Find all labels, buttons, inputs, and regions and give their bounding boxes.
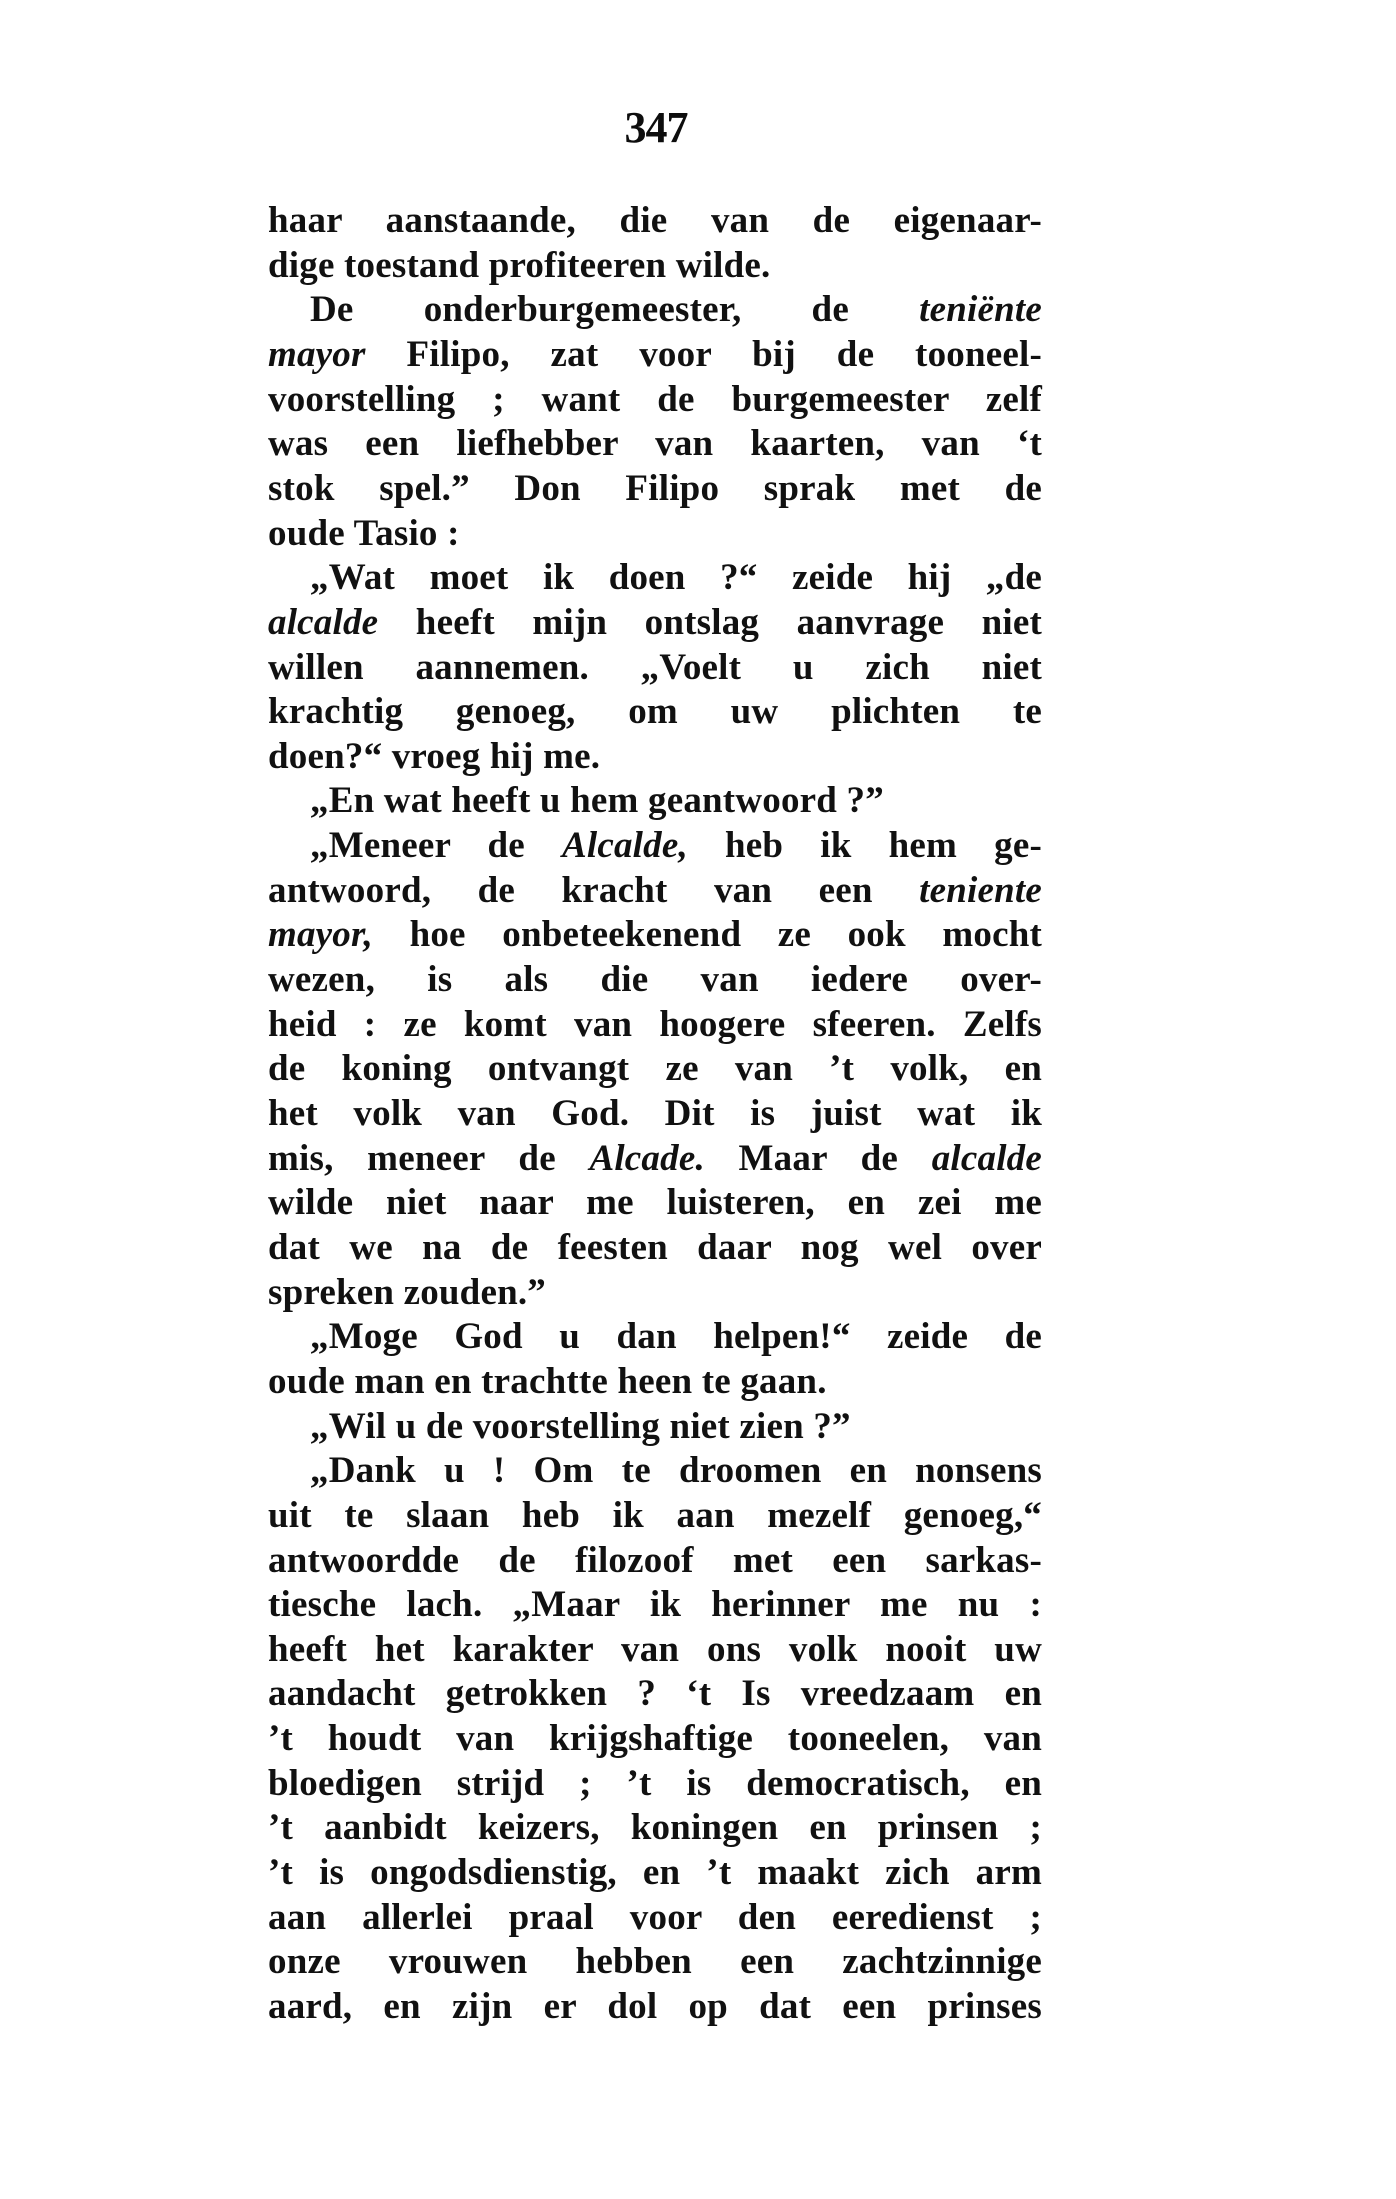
text-line: mayor, hoe onbeteekenend ze ook mocht — [268, 913, 1042, 957]
text-segment: „En wat heeft u hem geantwoord ?” — [310, 780, 884, 821]
text-line: ’t aanbidt keizers, koningen en prinsen … — [268, 1806, 1042, 1850]
text-segment: aan allerlei praal voor den eeredienst ; — [268, 1897, 1042, 1938]
text-segment: aandacht getrokken ? ‘t Is vreedzaam en — [268, 1673, 1042, 1714]
text-line: doen?“ vroeg hij me. — [268, 735, 1042, 779]
italic-term: alcalde — [268, 602, 378, 643]
text-line: ’t is ongodsdienstig, en ’t maakt zich a… — [268, 1851, 1042, 1895]
text-segment: krachtig genoeg, om uw plichten te — [268, 691, 1042, 732]
text-segment: bloedigen strijd ; ’t is democratisch, e… — [268, 1763, 1042, 1804]
text-segment: „Meneer de — [310, 825, 562, 866]
text-segment: heb ik hem ge- — [688, 825, 1042, 866]
text-segment: spreken zouden.” — [268, 1272, 546, 1313]
text-line: onze vrouwen hebben een zachtzinnige — [268, 1940, 1042, 1984]
text-line: uit te slaan heb ik aan mezelf genoeg,“ — [268, 1494, 1042, 1538]
text-line: antwoordde de filozoof met een sarkas- — [268, 1539, 1042, 1583]
text-line: „Wat moet ik doen ?“ zeide hij „de — [268, 556, 1042, 600]
text-line: „Wil u de voorstelling niet zien ?” — [268, 1405, 1042, 1449]
text-segment: was een liefhebber van kaarten, van ‘t — [268, 423, 1042, 464]
text-line: ’t houdt van krijgshaftige tooneelen, va… — [268, 1717, 1042, 1761]
italic-term: teniënte — [919, 289, 1042, 330]
text-segment: heeft het karakter van ons volk nooit uw — [268, 1629, 1042, 1670]
text-line: haar aanstaande, die van de eigenaar- — [268, 199, 1042, 243]
text-segment: heeft mijn ontslag aanvrage niet — [378, 602, 1042, 643]
text-segment: de koning ontvangt ze van ’t volk, en — [268, 1048, 1042, 1089]
text-segment: onze vrouwen hebben een zachtzinnige — [268, 1941, 1042, 1982]
text-line: was een liefhebber van kaarten, van ‘t — [268, 422, 1042, 466]
text-segment: „Dank u ! Om te droomen en nonsens — [310, 1450, 1042, 1491]
text-line: spreken zouden.” — [268, 1271, 1042, 1315]
italic-term: mayor — [268, 334, 366, 375]
text-segment: uit te slaan heb ik aan mezelf genoeg,“ — [268, 1495, 1042, 1536]
text-segment: willen aannemen. „Voelt u zich niet — [268, 647, 1042, 688]
text-line: stok spel.” Don Filipo sprak met de — [268, 467, 1042, 511]
text-segment: dige toestand profiteeren wilde. — [268, 245, 770, 286]
italic-term: mayor, — [268, 914, 373, 955]
italic-term: teniente — [919, 870, 1042, 911]
text-line: heeft het karakter van ons volk nooit uw — [268, 1628, 1042, 1672]
text-segment: Maar de — [705, 1138, 932, 1179]
text-segment: ’t aanbidt keizers, koningen en prinsen … — [268, 1807, 1042, 1848]
text-line: aan allerlei praal voor den eeredienst ; — [268, 1896, 1042, 1940]
text-line: mis, meneer de Alcade. Maar de alcalde — [268, 1137, 1042, 1181]
text-line: wezen, is als die van iedere over- — [268, 958, 1042, 1002]
text-segment: dat we na de feesten daar nog wel over — [268, 1227, 1042, 1268]
italic-term: alcalde — [932, 1138, 1042, 1179]
text-segment: antwoordde de filozoof met een sarkas- — [268, 1540, 1042, 1581]
text-segment: mis, meneer de — [268, 1138, 589, 1179]
text-line: oude Tasio : — [268, 512, 1042, 556]
text-line: „En wat heeft u hem geantwoord ?” — [268, 779, 1042, 823]
text-segment: heid : ze komt van hoogere sfeeren. Zelf… — [268, 1004, 1042, 1045]
text-line: wilde niet naar me luisteren, en zei me — [268, 1181, 1042, 1225]
text-segment: het volk van God. Dit is juist wat ik — [268, 1093, 1042, 1134]
text-line: dige toestand profiteeren wilde. — [268, 244, 1042, 288]
text-segment: De onderburgemeester, de — [310, 289, 919, 330]
text-segment: ’t houdt van krijgshaftige tooneelen, va… — [268, 1718, 1042, 1759]
text-line: De onderburgemeester, de teniënte — [268, 288, 1042, 332]
text-line: „Dank u ! Om te droomen en nonsens — [268, 1449, 1042, 1493]
italic-term: Alcade. — [589, 1138, 704, 1179]
italic-term: Alcalde, — [562, 825, 688, 866]
text-segment: haar aanstaande, die van de eigenaar- — [268, 200, 1042, 241]
text-line: aard, en zijn er dol op dat een prinses — [268, 1985, 1042, 2029]
text-segment: tiesche lach. „Maar ik herinner me nu : — [268, 1584, 1042, 1625]
text-segment: oude man en trachtte heen te gaan. — [268, 1361, 827, 1402]
text-line: krachtig genoeg, om uw plichten te — [268, 690, 1042, 734]
text-segment: „Wat moet ik doen ?“ zeide hij „de — [310, 557, 1042, 598]
text-line: willen aannemen. „Voelt u zich niet — [268, 646, 1042, 690]
text-segment: aard, en zijn er dol op dat een prinses — [268, 1986, 1042, 2027]
text-line: oude man en trachtte heen te gaan. — [268, 1360, 1042, 1404]
text-line: het volk van God. Dit is juist wat ik — [268, 1092, 1042, 1136]
text-line: tiesche lach. „Maar ik herinner me nu : — [268, 1583, 1042, 1627]
text-segment: „Moge God u dan helpen!“ zeide de — [310, 1316, 1042, 1357]
text-line: heid : ze komt van hoogere sfeeren. Zelf… — [268, 1003, 1042, 1047]
text-line: bloedigen strijd ; ’t is democratisch, e… — [268, 1762, 1042, 1806]
text-line: dat we na de feesten daar nog wel over — [268, 1226, 1042, 1270]
text-line: aandacht getrokken ? ‘t Is vreedzaam en — [268, 1672, 1042, 1716]
text-line: de koning ontvangt ze van ’t volk, en — [268, 1047, 1042, 1091]
text-segment: doen?“ vroeg hij me. — [268, 736, 600, 777]
text-line: „Meneer de Alcalde, heb ik hem ge- — [268, 824, 1042, 868]
book-page: 347 haar aanstaande, die van de eigenaar… — [0, 0, 1396, 2199]
page-number: 347 — [618, 104, 694, 152]
text-segment: hoe onbeteekenend ze ook mocht — [373, 914, 1042, 955]
text-line: mayor Filipo, zat voor bij de tooneel- — [268, 333, 1042, 377]
text-segment: voorstelling ; want de burgemeester zelf — [268, 379, 1042, 420]
text-segment: „Wil u de voorstelling niet zien ?” — [310, 1406, 851, 1447]
text-segment: ’t is ongodsdienstig, en ’t maakt zich a… — [268, 1852, 1042, 1893]
text-line: voorstelling ; want de burgemeester zelf — [268, 378, 1042, 422]
text-segment: wilde niet naar me luisteren, en zei me — [268, 1182, 1042, 1223]
text-line: alcalde heeft mijn ontslag aanvrage niet — [268, 601, 1042, 645]
text-segment: Filipo, zat voor bij de tooneel- — [366, 334, 1042, 375]
text-segment: oude Tasio : — [268, 513, 460, 554]
text-segment: stok spel.” Don Filipo sprak met de — [268, 468, 1042, 509]
text-segment: antwoord, de kracht van een — [268, 870, 919, 911]
text-line: antwoord, de kracht van een teniente — [268, 869, 1042, 913]
text-line: „Moge God u dan helpen!“ zeide de — [268, 1315, 1042, 1359]
text-segment: wezen, is als die van iedere over- — [268, 959, 1042, 1000]
